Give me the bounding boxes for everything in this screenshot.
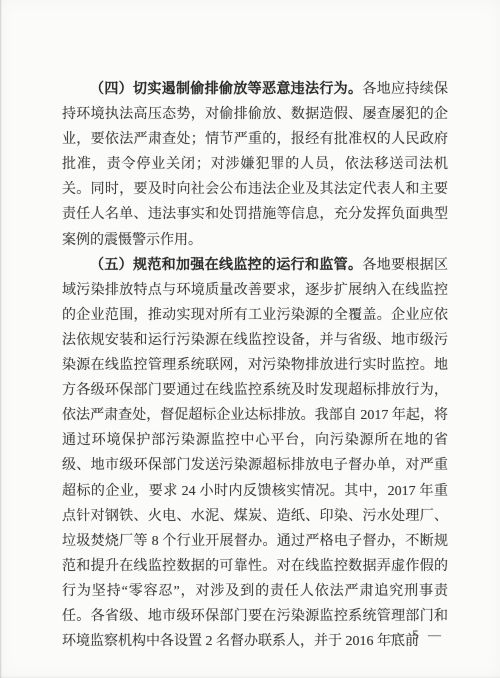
- scan-edge-artifact: [0, 0, 2, 678]
- paragraph-item-4: （四）切实遏制偷排偷放等恶意违法行为。各地应持续保持环境执法高压态势，对偷排偷放…: [62, 77, 448, 253]
- document-page: （四）切实遏制偷排偷放等恶意违法行为。各地应持续保持环境执法高压态势，对偷排偷放…: [0, 0, 500, 678]
- paragraph-4-body: 各地应持续保持环境执法高压态势，对偷排偷放、数据造假、屡查屡犯的企业，要依法严肃…: [62, 82, 448, 248]
- paragraph-4-lead: （四）切实遏制偷排偷放等恶意违法行为。: [90, 82, 362, 97]
- document-body: （四）切实遏制偷排偷放等恶意违法行为。各地应持续保持环境执法高压态势，对偷排偷放…: [62, 77, 448, 654]
- paragraph-5-body: 各地要根据区域污染排放特点与环境质量改善要求，逐步扩展纳入在线监控的企业范围，推…: [62, 258, 448, 649]
- page-number: — 5 —: [390, 627, 444, 643]
- paragraph-item-5: （五）规范和加强在线监控的运行和监管。各地要根据区域污染排放特点与环境质量改善要…: [62, 253, 448, 655]
- paragraph-5-lead: （五）规范和加强在线监控的运行和监管。: [90, 258, 362, 273]
